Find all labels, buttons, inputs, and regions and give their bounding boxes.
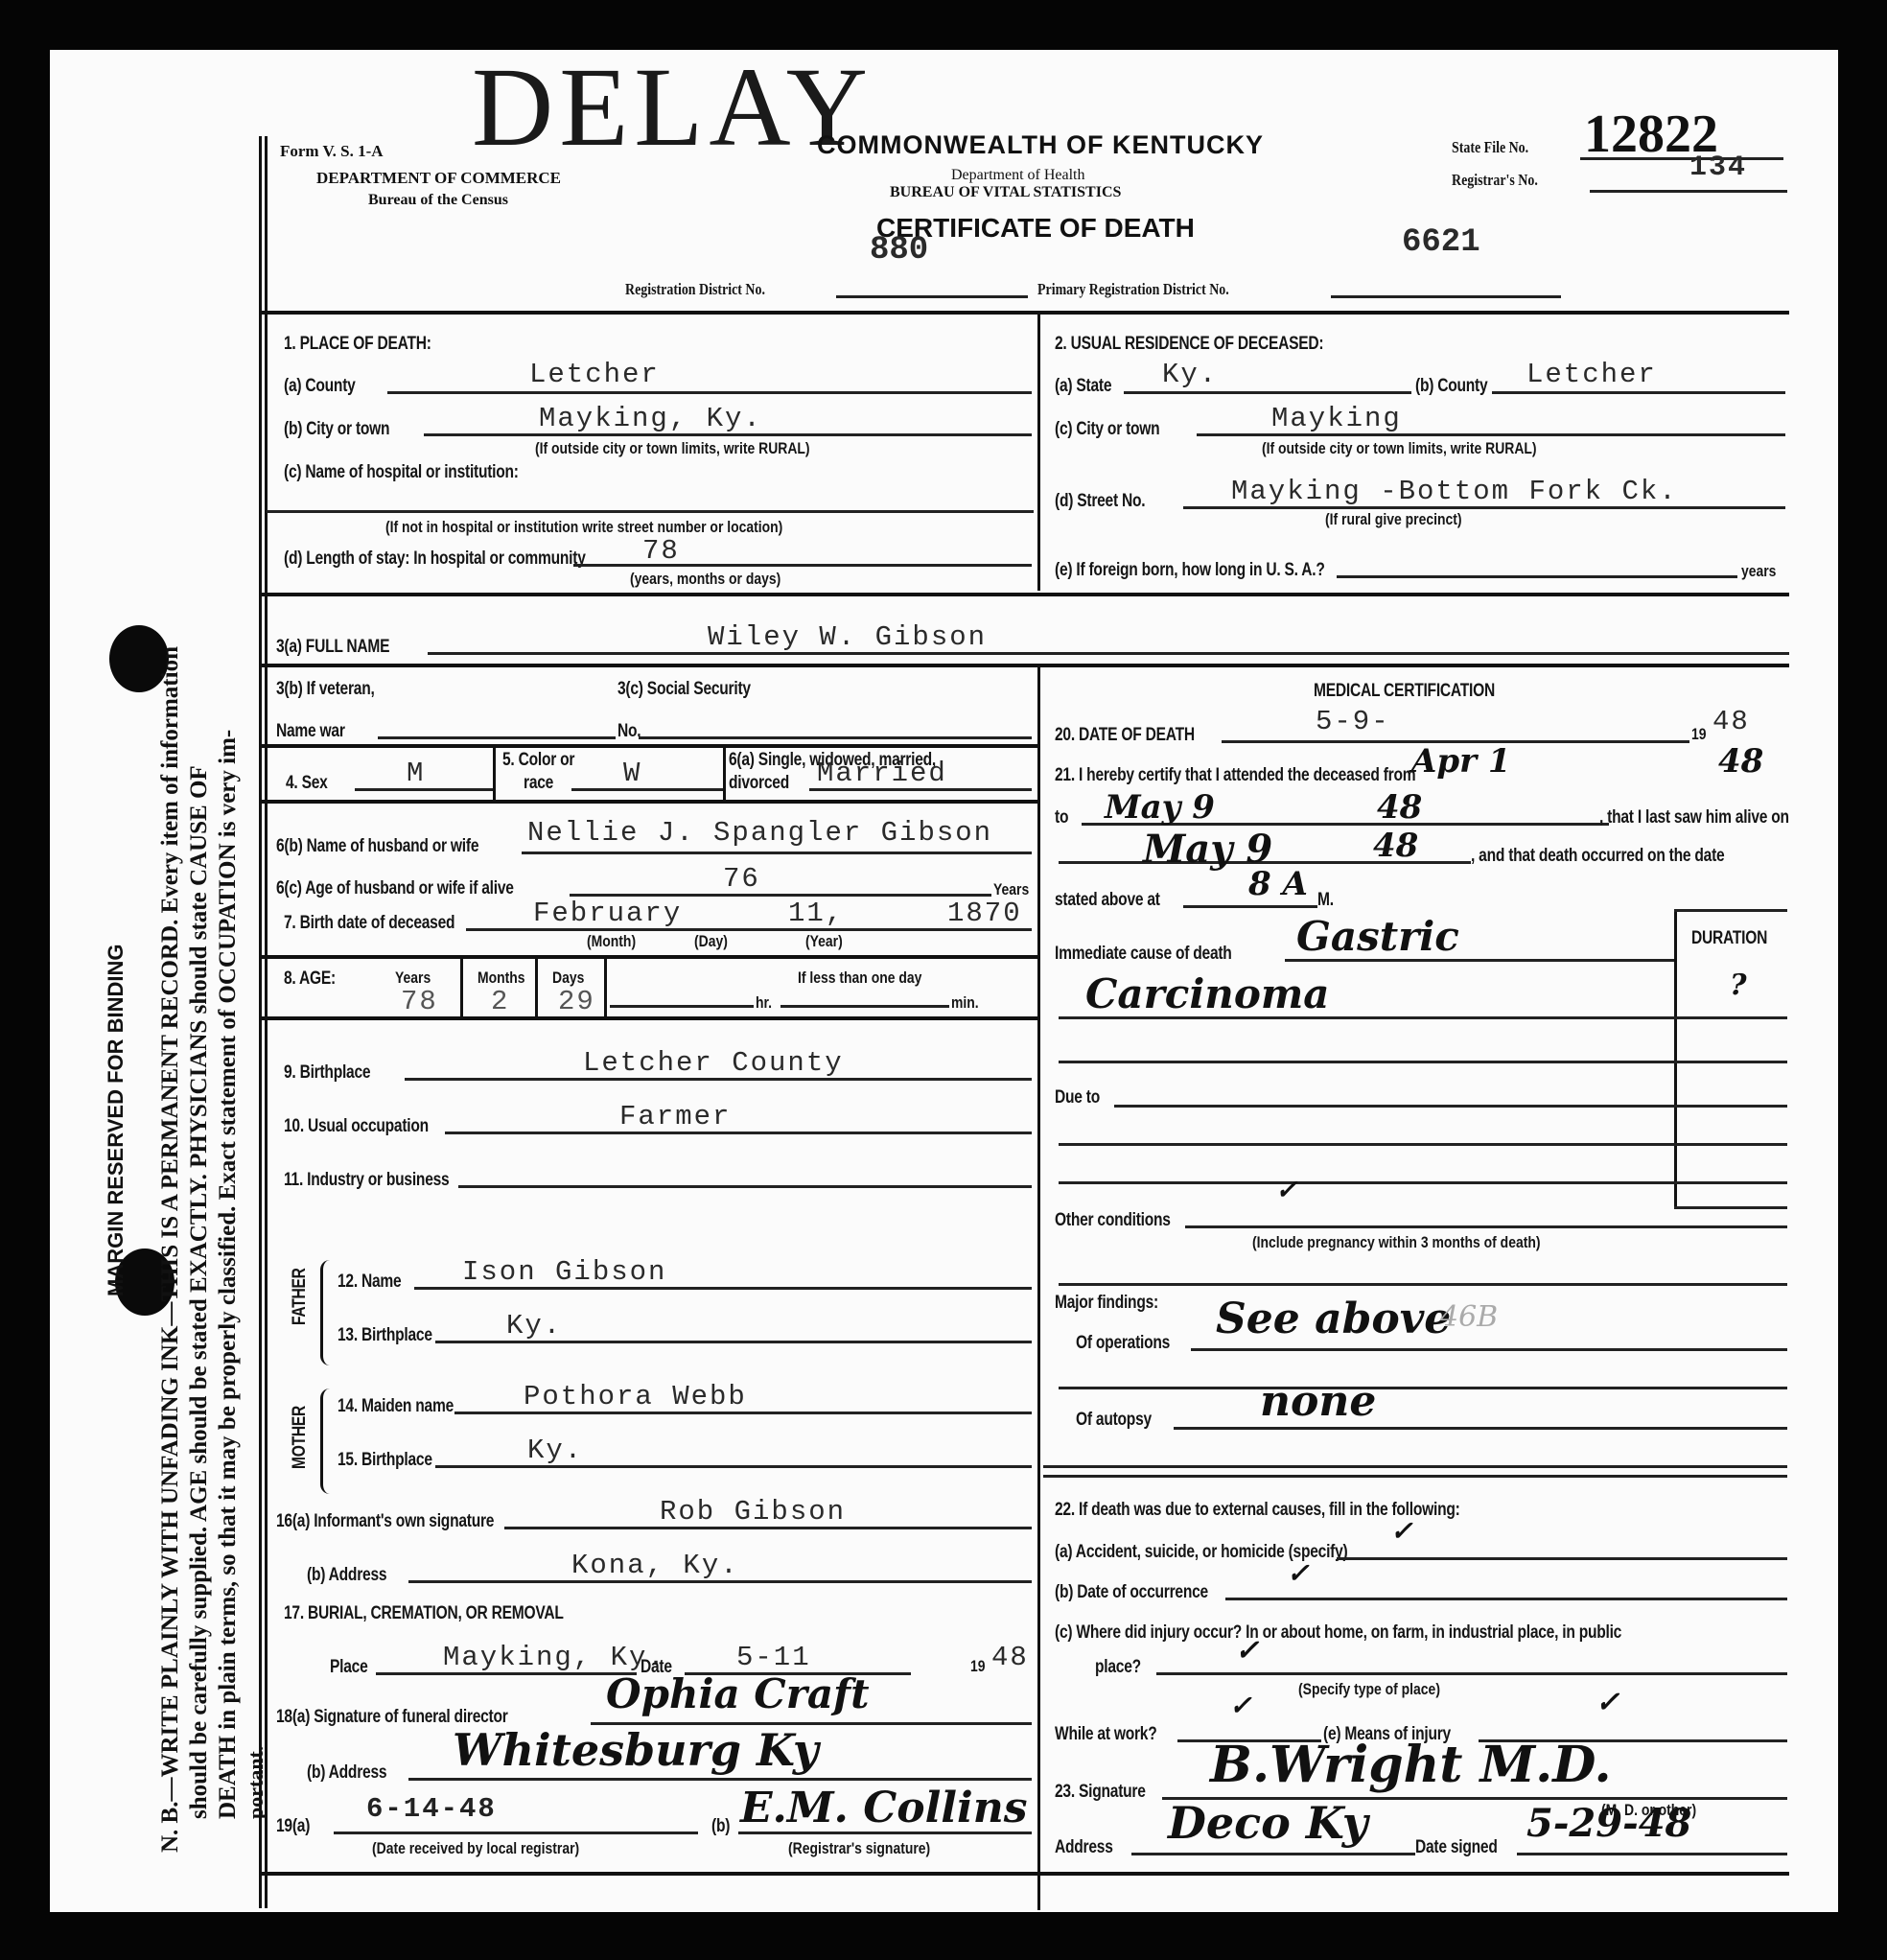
physician-address-value: Deco Ky	[1168, 1797, 1368, 1849]
father-tag: FATHER	[290, 1268, 311, 1325]
burial-place-value: Mayking, Ky.	[443, 1642, 666, 1673]
residence-city-value: Mayking	[1271, 403, 1402, 434]
other-conditions-hint: (Include pregnancy within 3 months of de…	[1252, 1233, 1541, 1252]
funeral-director-signature: Ophia Craft	[606, 1670, 870, 1717]
other-conditions-line	[1185, 1225, 1787, 1228]
registrar-number-label: Registrar's No.	[1452, 171, 1538, 190]
autopsy-line	[1174, 1427, 1787, 1430]
attended-to-year: 48	[1377, 788, 1422, 827]
state-department: Department of Health	[951, 167, 1085, 184]
day-hint: (Day)	[694, 932, 728, 951]
date-received-line	[334, 1832, 698, 1834]
column-divider-upper	[1037, 313, 1040, 591]
hours-label: hr.	[756, 993, 772, 1013]
mother-birthplace-value: Ky.	[527, 1435, 583, 1466]
duration-box-top	[1674, 909, 1787, 912]
birth-row-divider	[261, 955, 1037, 959]
hours-line	[610, 1005, 754, 1008]
death-occurred-label: , and that death occurred on the date	[1471, 846, 1724, 867]
date-of-death-value: 5-9-	[1316, 706, 1390, 737]
injury-place-hint: (Specify type of place)	[1298, 1680, 1440, 1699]
last-alive-year: 48	[1373, 827, 1418, 865]
operations-note: 46B	[1440, 1300, 1498, 1334]
registration-district-line	[836, 295, 1028, 298]
residence-city-label: (c) City or town	[1055, 419, 1159, 440]
column-divider-lower	[1037, 664, 1040, 1910]
other-conditions-line-2	[1059, 1283, 1787, 1286]
full-name-label: 3(a) FULL NAME	[276, 637, 389, 658]
minutes-line	[780, 1005, 949, 1008]
spouse-age-label: 6(c) Age of husband or wife if alive	[276, 878, 514, 899]
last-alive-label: , that I last saw him alive on	[1599, 807, 1789, 828]
sex-row-divider	[261, 800, 1037, 804]
residence-county-label: (b) County	[1415, 376, 1487, 397]
age-months-divider	[535, 957, 538, 1016]
immediate-cause-value-1: Gastric	[1296, 913, 1459, 960]
registration-district-label: Registration District No.	[625, 280, 765, 299]
registrar-line	[1590, 190, 1787, 193]
death-city-label: (b) City or town	[284, 419, 389, 440]
operations-line-2	[1059, 1387, 1787, 1389]
industry-line	[458, 1185, 1032, 1188]
operations-value: See above	[1216, 1295, 1451, 1343]
autopsy-label: Of autopsy	[1076, 1410, 1152, 1431]
residence-county-value: Letcher	[1526, 359, 1657, 390]
birth-day-value: 11,	[788, 898, 844, 929]
place-of-death-heading: 1. PLACE OF DEATH:	[284, 334, 431, 355]
injury-place-line	[1156, 1672, 1787, 1675]
duration-box-border	[1674, 909, 1677, 1208]
while-at-work-check: ✓	[1229, 1690, 1251, 1721]
form-left-border-inner	[265, 136, 268, 1908]
header-divider	[261, 311, 1789, 315]
due-to-line-3	[1059, 1181, 1787, 1184]
ss-number-label: No.	[617, 721, 641, 742]
birthplace-value: Letcher County	[583, 1047, 844, 1079]
full-name-value: Wiley W. Gibson	[708, 621, 987, 653]
informant-address-value: Kona, Ky.	[571, 1550, 739, 1581]
time-line	[1183, 905, 1317, 908]
informant-signature-label: 16(a) Informant's own signature	[276, 1511, 494, 1532]
full-name-line	[428, 652, 1789, 655]
primary-registration-district-line	[1331, 295, 1561, 298]
margin-instructions-2: should be carefully supplied. AGE should…	[186, 765, 213, 1819]
accident-line	[1337, 1557, 1787, 1560]
stated-above-label: stated above at	[1055, 890, 1160, 911]
father-birthplace-value: Ky.	[506, 1310, 562, 1342]
major-findings-label: Major findings:	[1055, 1293, 1158, 1314]
age-months-label: Months	[478, 968, 525, 988]
while-at-work-label: While at work?	[1055, 1724, 1156, 1745]
hospital-line	[267, 510, 1034, 513]
operations-line	[1191, 1348, 1787, 1351]
time-of-death-value: 8 A	[1248, 865, 1308, 903]
full-name-divider	[261, 664, 1789, 667]
social-security-label: 3(c) Social Security	[617, 679, 751, 700]
mother-name-label: 14. Maiden name	[338, 1396, 454, 1417]
date-signed-line	[1517, 1853, 1787, 1855]
death-city-value: Mayking, Ky.	[539, 403, 762, 434]
margin-instructions-1: N. B.—WRITE PLAINLY WITH UNFADING INK—TH…	[157, 646, 184, 1853]
date-received-label: 19(a)	[276, 1816, 310, 1837]
due-to-line-2	[1059, 1143, 1787, 1146]
informant-signature-value: Rob Gibson	[660, 1496, 846, 1528]
medical-certification-heading: MEDICAL CERTIFICATION	[1314, 681, 1495, 702]
section-divider	[261, 593, 1789, 596]
burial-year-value: 48	[991, 1642, 1029, 1673]
residence-county-line	[1492, 391, 1785, 394]
attended-label: 21. I hereby certify that I attended the…	[1055, 765, 1415, 786]
duration-box-bottom	[1674, 1206, 1787, 1209]
color-label: 5. Color or	[502, 750, 574, 771]
mother-birthplace-line	[435, 1465, 1032, 1468]
age-days-value: 29	[558, 986, 595, 1017]
registrar-signature-label: (b)	[711, 1816, 730, 1837]
age-years-divider	[460, 957, 463, 1016]
occupation-line	[445, 1132, 1032, 1134]
residence-state-label: (a) State	[1055, 376, 1111, 397]
residence-street-hint: (If rural give precinct)	[1325, 510, 1462, 529]
length-of-stay-label: (d) Length of stay: In hospital or commu…	[284, 548, 586, 570]
age-months-value: 2	[491, 986, 509, 1017]
time-suffix: M.	[1317, 890, 1334, 911]
occupation-value: Farmer	[619, 1101, 731, 1132]
length-of-stay-hint: (years, months or days)	[630, 570, 780, 589]
residence-city-hint: (If outside city or town limits, write R…	[1262, 439, 1537, 458]
sex-divider	[493, 746, 496, 800]
informant-address-label: (b) Address	[307, 1565, 386, 1586]
registrar-number: 134	[1689, 152, 1747, 184]
physician-address-line	[1131, 1853, 1415, 1855]
death-county-line	[387, 391, 1032, 394]
autopsy-value: none	[1260, 1377, 1376, 1426]
primary-registration-district-value: 6621	[1402, 224, 1480, 261]
death-county-value: Letcher	[529, 359, 660, 390]
attended-from-year: 48	[1718, 742, 1763, 781]
race-label: race	[524, 773, 553, 794]
less-than-day-label: If less than one day	[798, 968, 921, 988]
due-to-label: Due to	[1055, 1087, 1100, 1108]
father-name-label: 12. Name	[338, 1272, 401, 1293]
length-of-stay-value: 78	[642, 535, 680, 567]
margin-binding-note: MARGIN RESERVED FOR BINDING	[104, 944, 128, 1296]
accident-check: ✓	[1390, 1515, 1412, 1547]
date-received-hint: (Date received by local registrar)	[372, 1839, 579, 1858]
date-signed-label: Date signed	[1415, 1837, 1498, 1858]
burial-year-prefix: 19	[970, 1657, 986, 1676]
race-value: W	[623, 758, 641, 789]
occurrence-date-label: (b) Date of occurrence	[1055, 1582, 1208, 1603]
spouse-name-label: 6(b) Name of husband or wife	[276, 836, 478, 857]
age-row-divider	[261, 1016, 1037, 1020]
birth-year-value: 1870	[947, 898, 1022, 929]
foreign-born-line	[1337, 575, 1737, 578]
injury-place-check: ✓	[1235, 1634, 1259, 1668]
foreign-born-suffix: years	[1741, 562, 1776, 581]
date-received-value: 6-14-48	[366, 1793, 497, 1825]
primary-registration-district-label: Primary Registration District No.	[1037, 280, 1229, 299]
sex-value: M	[407, 758, 425, 789]
date-of-death-year-prefix: 19	[1691, 725, 1707, 744]
immediate-cause-label: Immediate cause of death	[1055, 944, 1232, 965]
occurrence-date-line	[1225, 1598, 1787, 1600]
veteran-label: 3(b) If veteran,	[276, 679, 375, 700]
date-of-death-label: 20. DATE OF DEATH	[1055, 725, 1195, 746]
burial-place-label: Place	[330, 1657, 367, 1678]
attended-to-label: to	[1055, 807, 1068, 828]
state-bureau: BUREAU OF VITAL STATISTICS	[890, 184, 1121, 201]
delay-stamp: DELAY	[472, 42, 874, 173]
hospital-label: (c) Name of hospital or institution:	[284, 462, 519, 483]
birth-date-label: 7. Birth date of deceased	[284, 913, 454, 934]
check-mark: ✓	[1275, 1174, 1297, 1205]
mother-name-value: Pothora Webb	[524, 1381, 747, 1412]
burial-heading: 17. BURIAL, CREMATION, OR REMOVAL	[284, 1603, 564, 1624]
father-birthplace-label: 13. Birthplace	[338, 1325, 432, 1346]
certificate-page: DELAY MARGIN RESERVED FOR BINDING N. B.—…	[50, 50, 1838, 1912]
residence-heading: 2. USUAL RESIDENCE OF DECEASED:	[1055, 334, 1323, 355]
physician-signature-value: B.Wright M.D.	[1210, 1736, 1612, 1794]
occupation-label: 10. Usual occupation	[284, 1116, 429, 1137]
attended-from-value: Apr 1	[1411, 742, 1511, 781]
age-years-value: 78	[401, 986, 438, 1017]
duration-value: ?	[1730, 968, 1747, 1002]
date-of-death-year: 48	[1712, 706, 1750, 737]
war-line	[378, 736, 616, 739]
medical-divider	[1043, 1465, 1787, 1468]
registration-district-value: 880	[870, 232, 928, 268]
age-days-divider	[604, 957, 607, 1016]
age-days-label: Days	[552, 968, 584, 988]
duration-heading: DURATION	[1691, 928, 1767, 949]
form-left-border	[259, 136, 262, 1908]
residence-state-line	[1124, 391, 1411, 394]
occurrence-check: ✓	[1287, 1557, 1309, 1589]
birth-month-value: February	[533, 898, 682, 929]
funeral-director-address-value: Whitesburg Ky	[453, 1724, 819, 1776]
operations-label: Of operations	[1076, 1333, 1170, 1354]
injury-place-label: (c) Where did injury occur? In or about …	[1055, 1622, 1621, 1644]
residence-street-value: Mayking -Bottom Fork Ck.	[1231, 476, 1678, 507]
industry-label: 11. Industry or business	[284, 1170, 449, 1191]
spouse-age-line	[570, 894, 991, 897]
date-signed-value: 5-29-48	[1526, 1801, 1691, 1846]
month-hint: (Month)	[587, 932, 636, 951]
spouse-name-value: Nellie J. Spangler Gibson	[527, 817, 992, 849]
birthplace-label: 9. Birthplace	[284, 1062, 370, 1084]
father-bracket	[320, 1260, 333, 1365]
divorced-label: divorced	[729, 773, 789, 794]
cause-line-3	[1059, 1061, 1787, 1063]
ss-number-line	[639, 736, 1032, 739]
medical-divider-2	[1043, 1475, 1787, 1478]
age-label: 8. AGE:	[284, 968, 336, 990]
residence-street-label: (d) Street No.	[1055, 491, 1145, 512]
immediate-cause-value-2: Carcinoma	[1085, 970, 1330, 1017]
mother-birthplace-label: 15. Birthplace	[338, 1450, 432, 1471]
spouse-age-suffix: Years	[993, 880, 1029, 899]
burial-date-value: 5-11	[736, 1642, 811, 1673]
death-city-hint: (If outside city or town limits, write R…	[535, 439, 810, 458]
foreign-born-label: (e) If foreign born, how long in U. S. A…	[1055, 560, 1325, 581]
physician-address-label: Address	[1055, 1837, 1113, 1858]
funeral-director-address-line	[408, 1778, 1032, 1781]
death-county-label: (a) County	[284, 376, 356, 397]
father-name-value: Ison Gibson	[462, 1256, 666, 1288]
hospital-hint: (If not in hospital or institution write…	[385, 518, 782, 537]
form-number: Form V. S. 1-A	[280, 142, 384, 161]
physician-signature-label: 23. Signature	[1055, 1782, 1146, 1803]
minutes-label: min.	[951, 993, 979, 1013]
veteran-divider	[261, 744, 1037, 748]
funeral-director-address-label: (b) Address	[307, 1762, 386, 1784]
sex-label: 4. Sex	[286, 773, 328, 794]
age-years-label: Years	[395, 968, 431, 988]
spouse-name-line	[522, 852, 1032, 854]
race-divider	[723, 746, 726, 800]
year-hint: (Year)	[805, 932, 843, 951]
mother-tag: MOTHER	[290, 1406, 311, 1469]
war-label: Name war	[276, 721, 345, 742]
residence-state-value: Ky.	[1162, 359, 1218, 390]
margin-instructions-3: DEATH in plain terms, so that it may be …	[215, 730, 242, 1819]
registrar-signature-value: E.M. Collins	[740, 1784, 1027, 1832]
attended-to-value: May 9	[1105, 788, 1215, 827]
federal-department: DEPARTMENT OF COMMERCE	[316, 169, 561, 188]
injury-place-label-2: place?	[1095, 1657, 1141, 1678]
means-check: ✓	[1596, 1686, 1619, 1719]
state-name: COMMONWEALTH OF KENTUCKY	[817, 130, 1264, 160]
due-to-line	[1114, 1105, 1787, 1108]
form-bottom-border	[261, 1872, 1789, 1876]
state-file-label: State File No.	[1452, 138, 1528, 157]
mother-bracket	[320, 1388, 333, 1494]
spouse-age-value: 76	[723, 863, 760, 895]
state-file-line	[1580, 157, 1783, 160]
registrar-signature-hint: (Registrar's signature)	[788, 1839, 930, 1858]
federal-bureau: Bureau of the Census	[368, 192, 508, 209]
marital-status-value: Married	[817, 758, 947, 789]
race-line	[571, 788, 723, 791]
other-conditions-label: Other conditions	[1055, 1210, 1171, 1231]
